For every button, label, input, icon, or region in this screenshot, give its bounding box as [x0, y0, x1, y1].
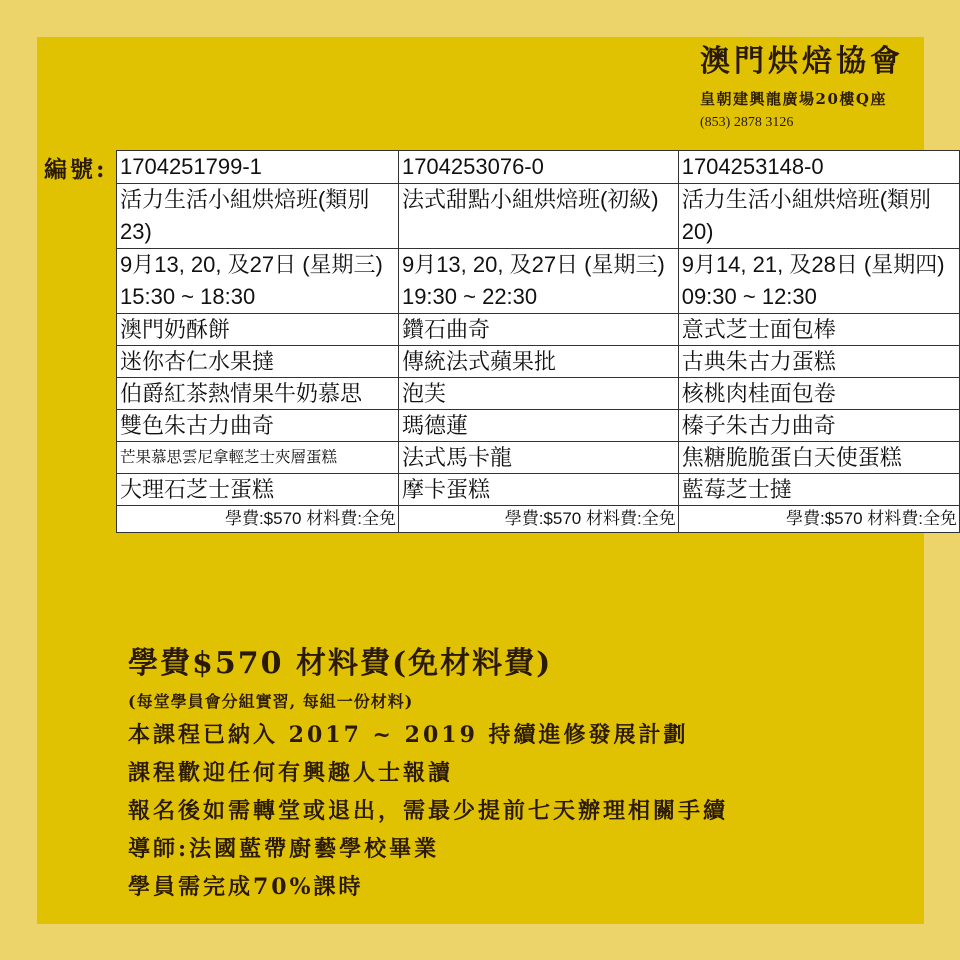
note-line: 報名後如需轉堂或退出，需最少提前七天辦理相關手續	[128, 792, 728, 830]
organization-header: 澳門烘焙協會 皇朝建興龍廣場20樓Q座 (853) 2878 3126	[700, 44, 904, 131]
course-schedule: 9月13, 20, 及27日 (星期三) 15:30 ~ 18:30	[117, 249, 399, 314]
course-table: 1704251799-1 1704253076-0 1704253148-0 活…	[116, 150, 960, 533]
table-row-item: 芒果慕思雲尼拿輕芝士夾層蛋糕 法式馬卡龍 焦糖脆脆蛋白天使蛋糕	[117, 442, 960, 474]
table-row-title: 活力生活小組烘焙班(類別23) 法式甜點小組烘焙班(初級) 活力生活小組烘焙班(…	[117, 184, 960, 249]
table-row-item: 迷你杏仁水果撻 傳統法式蘋果批 古典朱古力蛋糕	[117, 346, 960, 378]
table-row-fee: 學費:$570 材料費:全免 學費:$570 材料費:全免 學費:$570 材料…	[117, 506, 960, 533]
course-item: 大理石芝士蛋糕	[117, 474, 399, 506]
course-code: 1704253076-0	[398, 151, 678, 184]
course-item: 伯爵紅茶熱情果牛奶慕思	[117, 378, 399, 410]
course-item: 藍莓芝士撻	[678, 474, 959, 506]
course-item: 榛子朱古力曲奇	[678, 410, 959, 442]
course-item: 摩卡蛋糕	[398, 474, 678, 506]
course-item: 澳門奶酥餅	[117, 314, 399, 346]
course-title: 法式甜點小組烘焙班(初級)	[398, 184, 678, 249]
course-title: 活力生活小組烘焙班(類別20)	[678, 184, 959, 249]
course-item: 鑽石曲奇	[398, 314, 678, 346]
note-line: 課程歡迎任何有興趣人士報讀	[128, 754, 728, 792]
course-fee: 學費:$570 材料費:全免	[678, 506, 959, 533]
course-item: 泡芙	[398, 378, 678, 410]
fee-subnote: (每堂學員會分組實習, 每組一份材料)	[128, 688, 728, 716]
note-line: 導師:法國藍帶廚藝學校畢業	[128, 830, 728, 868]
note-line: 本課程已納入 2017 ~ 2019 持續進修發展計劃	[128, 716, 728, 754]
organization-phone: (853) 2878 3126	[700, 115, 904, 131]
course-fee: 學費:$570 材料費:全免	[117, 506, 399, 533]
course-schedule: 9月13, 20, 及27日 (星期三) 19:30 ~ 22:30	[398, 249, 678, 314]
course-item: 法式馬卡龍	[398, 442, 678, 474]
course-code: 1704251799-1	[117, 151, 399, 184]
course-item: 瑪德蓮	[398, 410, 678, 442]
course-item: 古典朱古力蛋糕	[678, 346, 959, 378]
course-item: 傳統法式蘋果批	[398, 346, 678, 378]
table-row-item: 澳門奶酥餅 鑽石曲奇 意式芝士面包棒	[117, 314, 960, 346]
course-item: 意式芝士面包棒	[678, 314, 959, 346]
table-row-item: 伯爵紅茶熱情果牛奶慕思 泡芙 核桃肉桂面包卷	[117, 378, 960, 410]
note-line: 學員需完成70%課時	[128, 868, 728, 906]
course-notes: 學費$570 材料費(免材料費) (每堂學員會分組實習, 每組一份材料) 本課程…	[128, 640, 728, 906]
course-item: 雙色朱古力曲奇	[117, 410, 399, 442]
fee-headline: 學費$570 材料費(免材料費)	[128, 640, 728, 688]
code-label: 編號:	[44, 151, 108, 184]
course-code: 1704253148-0	[678, 151, 959, 184]
table-row-item: 大理石芝士蛋糕 摩卡蛋糕 藍莓芝士撻	[117, 474, 960, 506]
table-row-item: 雙色朱古力曲奇 瑪德蓮 榛子朱古力曲奇	[117, 410, 960, 442]
table-row-code: 1704251799-1 1704253076-0 1704253148-0	[117, 151, 960, 184]
course-item: 核桃肉桂面包卷	[678, 378, 959, 410]
course-item: 迷你杏仁水果撻	[117, 346, 399, 378]
organization-name: 澳門烘焙協會	[700, 44, 904, 80]
course-title: 活力生活小組烘焙班(類別23)	[117, 184, 399, 249]
course-schedule: 9月14, 21, 及28日 (星期四) 09:30 ~ 12:30	[678, 249, 959, 314]
course-item: 焦糖脆脆蛋白天使蛋糕	[678, 442, 959, 474]
table-row-schedule: 9月13, 20, 及27日 (星期三) 15:30 ~ 18:30 9月13,…	[117, 249, 960, 314]
organization-address: 皇朝建興龍廣場20樓Q座	[700, 88, 904, 109]
course-fee: 學費:$570 材料費:全免	[398, 506, 678, 533]
course-item: 芒果慕思雲尼拿輕芝士夾層蛋糕	[117, 442, 399, 474]
